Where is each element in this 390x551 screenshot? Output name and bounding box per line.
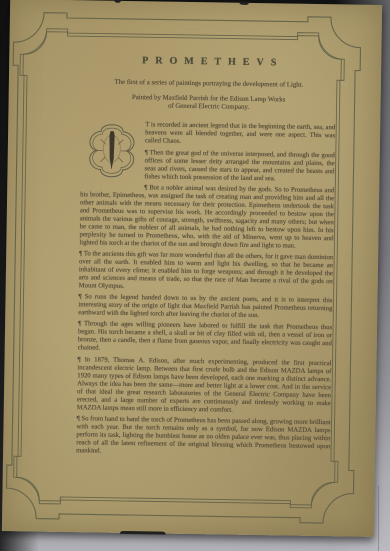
document-content: PROMETHEVS The first of a series of pain… [76, 54, 336, 462]
paragraph-5: ¶ So runs the legend handed down to us b… [78, 293, 332, 321]
paragraph-8: ¶ So from hand to hand the torch of Prom… [76, 415, 331, 459]
paragraph-6: ¶ Through the ages willing pioneers have… [78, 321, 332, 357]
body-text: T is recorded in ancient legend that in … [76, 121, 335, 459]
document-paper: PROMETHEVS The first of a series of pain… [2, 0, 382, 537]
table-edge-line [378, 485, 379, 551]
paragraph-3: ¶ But a nobler animal was desired by the… [79, 183, 334, 251]
paragraph-4: ¶ To the ancients this gift was far more… [79, 250, 334, 294]
torch-medallion-icon [86, 122, 137, 183]
paragraph-7: ¶ In 1879, Thomas A. Edison, after much … [77, 356, 332, 416]
subtitle: The first of a series of paintings portr… [82, 78, 336, 89]
